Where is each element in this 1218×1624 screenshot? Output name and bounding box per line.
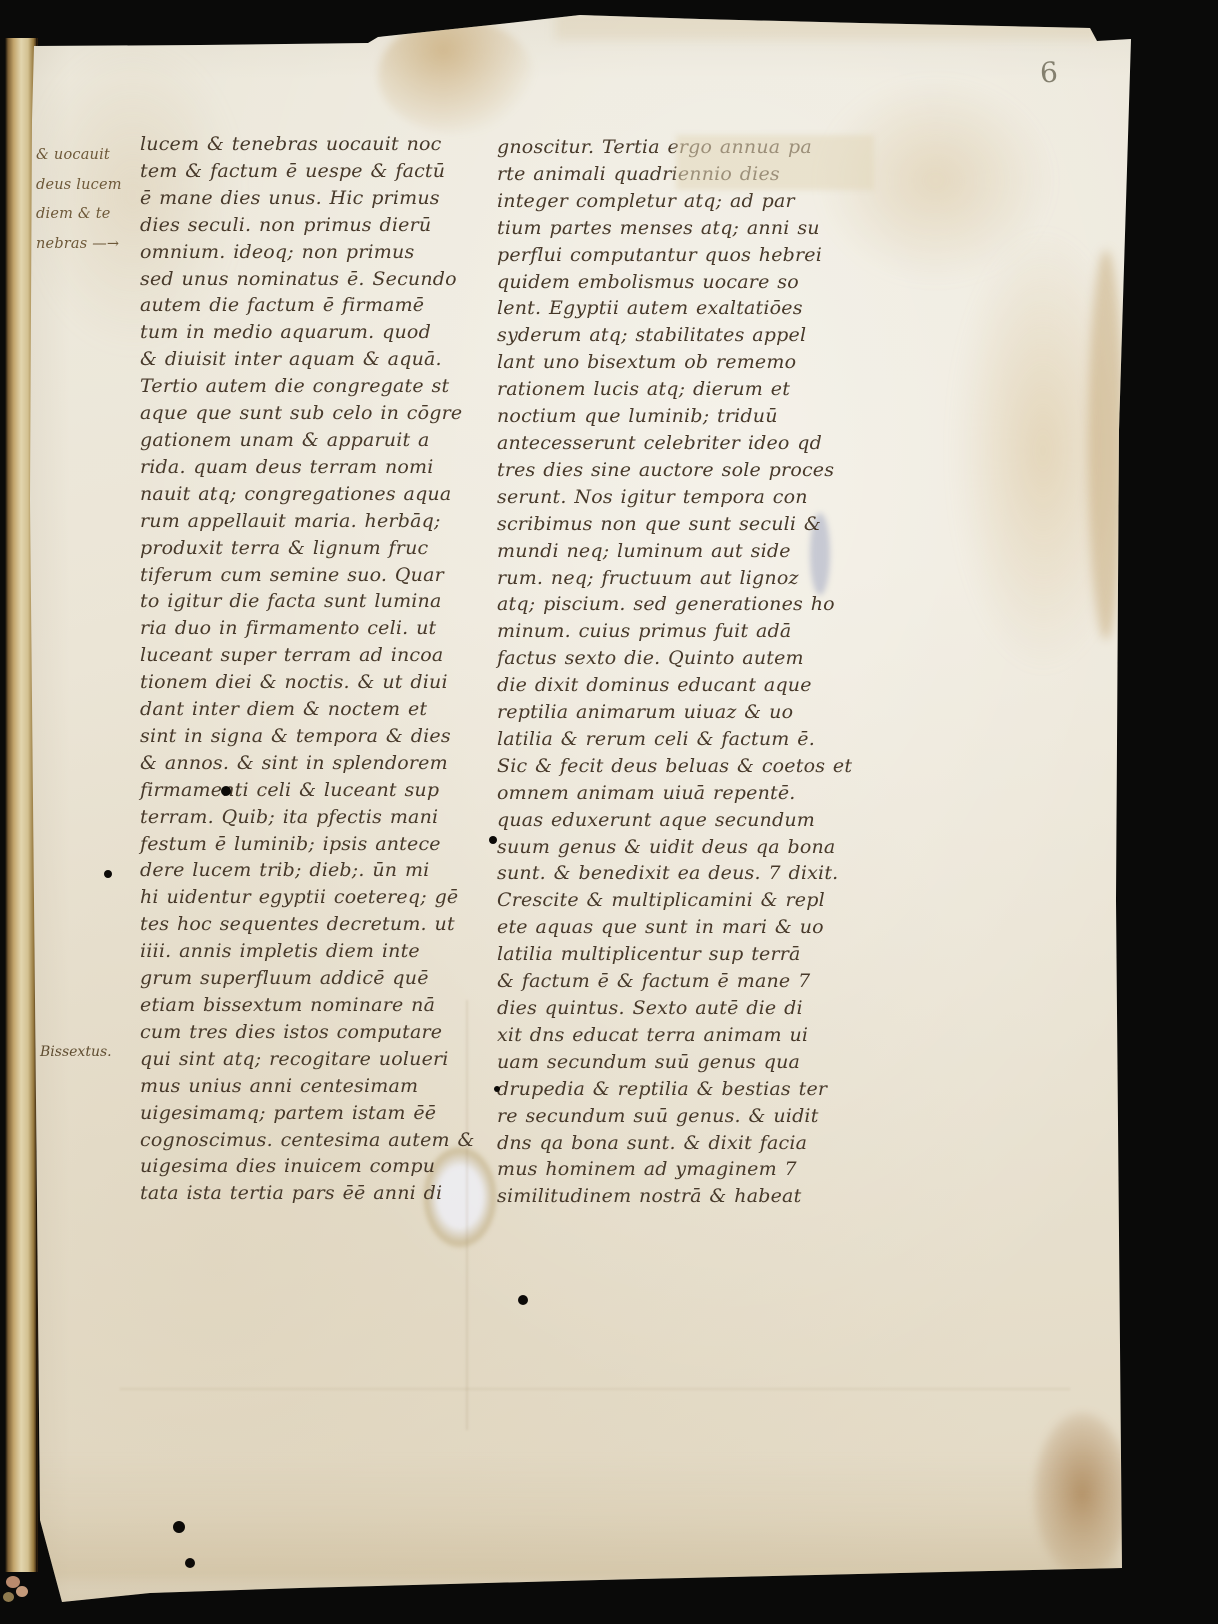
text-line: rum appellauit maria. herbāq; — [140, 508, 475, 535]
text-line: mus hominem ad ymaginem 7 — [497, 1156, 852, 1183]
ink-dot — [221, 786, 231, 796]
text-line: to igitur die facta sunt lumina — [140, 588, 475, 615]
parchment-page: 6 & uocauitdeus lucemdiem & tenebras —→ … — [0, 0, 1218, 1624]
text-line: cognoscimus. centesima autem & — [140, 1127, 475, 1154]
text-line: perflui computantur quos hebrei — [497, 242, 852, 269]
parchment-crease — [120, 1388, 1070, 1390]
text-line: lant uno bisextum ob rememo — [497, 349, 852, 376]
stain-right-edge-dark — [1088, 250, 1124, 640]
text-line: & factum ē & factum ē mane 7 — [497, 968, 852, 995]
text-line: tem & factum ē uespe & factū — [140, 158, 475, 185]
text-line: omnium. ideoq; non primus — [140, 239, 475, 266]
text-line: ē mane dies unus. Hic primus — [140, 185, 475, 212]
manuscript-scan: 6 & uocauitdeus lucemdiem & tenebras —→ … — [0, 0, 1218, 1624]
text-line: serunt. Nos igitur tempora con — [497, 484, 852, 511]
ink-dot — [518, 1295, 528, 1305]
text-line: atq; piscium. sed generationes ho — [497, 591, 852, 618]
text-line: luceant super terram ad incoa — [140, 642, 475, 669]
text-line: sed unus nominatus ē. Secundo — [140, 266, 475, 293]
text-line: gationem unam & apparuit a — [140, 427, 475, 454]
text-line: tionem diei & noctis. & ut diui — [140, 669, 475, 696]
text-line: festum ē luminib; ipsis antece — [140, 831, 475, 858]
margin-note-bissextus: Bissextus. — [40, 1044, 112, 1060]
text-column-left: lucem & tenebras uocauit noctem & factum… — [140, 131, 475, 1207]
stain-top-band — [555, 12, 1100, 40]
text-line: dies seculi. non primus dierū — [140, 212, 475, 239]
text-line: quidem embolismus uocare so — [497, 269, 852, 296]
text-line: reptilia animarum uiuaz & uo — [497, 699, 852, 726]
text-line: minum. cuius primus fuit adā — [497, 618, 852, 645]
binding-thread — [16, 1586, 28, 1597]
text-line: Tertio autem die congregate st — [140, 373, 475, 400]
text-line: uigesimamq; partem istam ēē — [140, 1100, 475, 1127]
ink-dot — [104, 870, 112, 878]
text-line: rida. quam deus terram nomi — [140, 454, 475, 481]
text-line: suum genus & uidit deus qa bona — [497, 834, 852, 861]
text-line: & diuisit inter aquam & aquā. — [140, 346, 475, 373]
text-line: firmamenti celi & luceant sup — [140, 777, 475, 804]
text-line: die dixit dominus educant aque — [497, 672, 852, 699]
ink-dot — [494, 1086, 500, 1092]
text-line: lucem & tenebras uocauit noc — [140, 131, 475, 158]
text-line: qui sint atq; recogitare uolueri — [140, 1046, 475, 1073]
ink-dot — [489, 836, 497, 844]
text-line: terram. Quib; ita pfectis mani — [140, 804, 475, 831]
text-line: mus unius anni centesimam — [140, 1073, 475, 1100]
text-column-right: gnoscitur. Tertia ergo annua parte anima… — [497, 134, 852, 1210]
text-line: hi uidentur egyptii coetereq; gē — [140, 884, 475, 911]
text-line: lent. Egyptii autem exaltatiōes — [497, 295, 852, 322]
ink-dot — [185, 1558, 195, 1568]
text-line: latilia & rerum celi & factum ē. — [497, 726, 852, 753]
text-line: syderum atq; stabilitates appel — [497, 322, 852, 349]
text-line: tium partes menses atq; anni su — [497, 215, 852, 242]
text-line: tum in medio aquarum. quod — [140, 319, 475, 346]
margin-note-top: & uocauitdeus lucemdiem & tenebras —→ — [36, 141, 122, 259]
text-line: antecesserunt celebriter ideo qd — [497, 430, 852, 457]
text-line: produxit terra & lignum fruc — [140, 535, 475, 562]
text-line: & uocauit — [36, 141, 122, 171]
text-line: mundi neq; luminum aut side — [497, 538, 852, 565]
text-line: diem & te — [36, 200, 122, 230]
text-line: tata ista tertia pars ēē anni di — [140, 1180, 475, 1207]
text-line: noctium que luminib; triduū — [497, 403, 852, 430]
text-line: sint in signa & tempora & dies — [140, 723, 475, 750]
text-line: re secundum suū genus. & uidit — [497, 1103, 852, 1130]
text-line: latilia multiplicentur sup terrā — [497, 941, 852, 968]
text-line: gnoscitur. Tertia ergo annua pa — [497, 134, 852, 161]
text-line: dns qa bona sunt. & dixit facia — [497, 1130, 852, 1157]
text-line: dies quintus. Sexto autē die di — [497, 995, 852, 1022]
text-line: iiii. annis impletis diem inte — [140, 938, 475, 965]
text-line: Crescite & multiplicamini & repl — [497, 887, 852, 914]
ink-dot — [173, 1521, 185, 1533]
text-line: etiam bissextum nominare nā — [140, 992, 475, 1019]
text-line: aque que sunt sub celo in cōgre — [140, 400, 475, 427]
text-line: ria duo in firmamento celi. ut — [140, 615, 475, 642]
text-line: nebras —→ — [36, 230, 122, 260]
text-line: rum. neq; fructuum aut lignoz — [497, 565, 852, 592]
text-line: uam secundum suū genus qua — [497, 1049, 852, 1076]
stain-bottom-right — [1033, 1412, 1131, 1577]
folio-number: 6 — [1039, 56, 1059, 90]
text-line: grum superfluum addicē quē — [140, 965, 475, 992]
text-line: ete aquas que sunt in mari & uo — [497, 914, 852, 941]
text-line: tes hoc sequentes decretum. ut — [140, 911, 475, 938]
text-line: cum tres dies istos computare — [140, 1019, 475, 1046]
text-line: drupedia & reptilia & bestias ter — [497, 1076, 852, 1103]
text-line: dere lucem trib; dieb;. ūn mi — [140, 857, 475, 884]
stain-right-edge — [952, 228, 1134, 673]
text-line: integer completur atq; ad par — [497, 188, 852, 215]
text-line: xit dns educat terra animam ui — [497, 1022, 852, 1049]
stain-top-tear — [378, 18, 533, 133]
text-line: autem die factum ē firmamē — [140, 292, 475, 319]
text-line: Sic & fecit deus beluas & coetos et — [497, 753, 852, 780]
text-line: sunt. & benedixit ea deus. 7 dixit. — [497, 860, 852, 887]
stain-top-right — [818, 78, 1053, 283]
text-line: tres dies sine auctore sole proces — [497, 457, 852, 484]
text-line: deus lucem — [36, 171, 122, 201]
text-line: similitudinem nostrā & habeat — [497, 1183, 852, 1210]
text-line: tiferum cum semine suo. Quar — [140, 562, 475, 589]
text-line: factus sexto die. Quinto autem — [497, 645, 852, 672]
text-line: quas eduxerunt aque secundum — [497, 807, 852, 834]
text-line: scribimus non que sunt seculi & — [497, 511, 852, 538]
text-line: rationem lucis atq; dierum et — [497, 376, 852, 403]
text-line: nauit atq; congregationes aqua — [140, 481, 475, 508]
text-line: uigesima dies inuicem compu — [140, 1153, 475, 1180]
text-line: & annos. & sint in splendorem — [140, 750, 475, 777]
text-line: dant inter diem & noctem et — [140, 696, 475, 723]
text-line: rte animali quadriennio dies — [497, 161, 852, 188]
binding-thread — [3, 1592, 14, 1602]
text-line: omnem animam uiuā repentē. — [497, 780, 852, 807]
